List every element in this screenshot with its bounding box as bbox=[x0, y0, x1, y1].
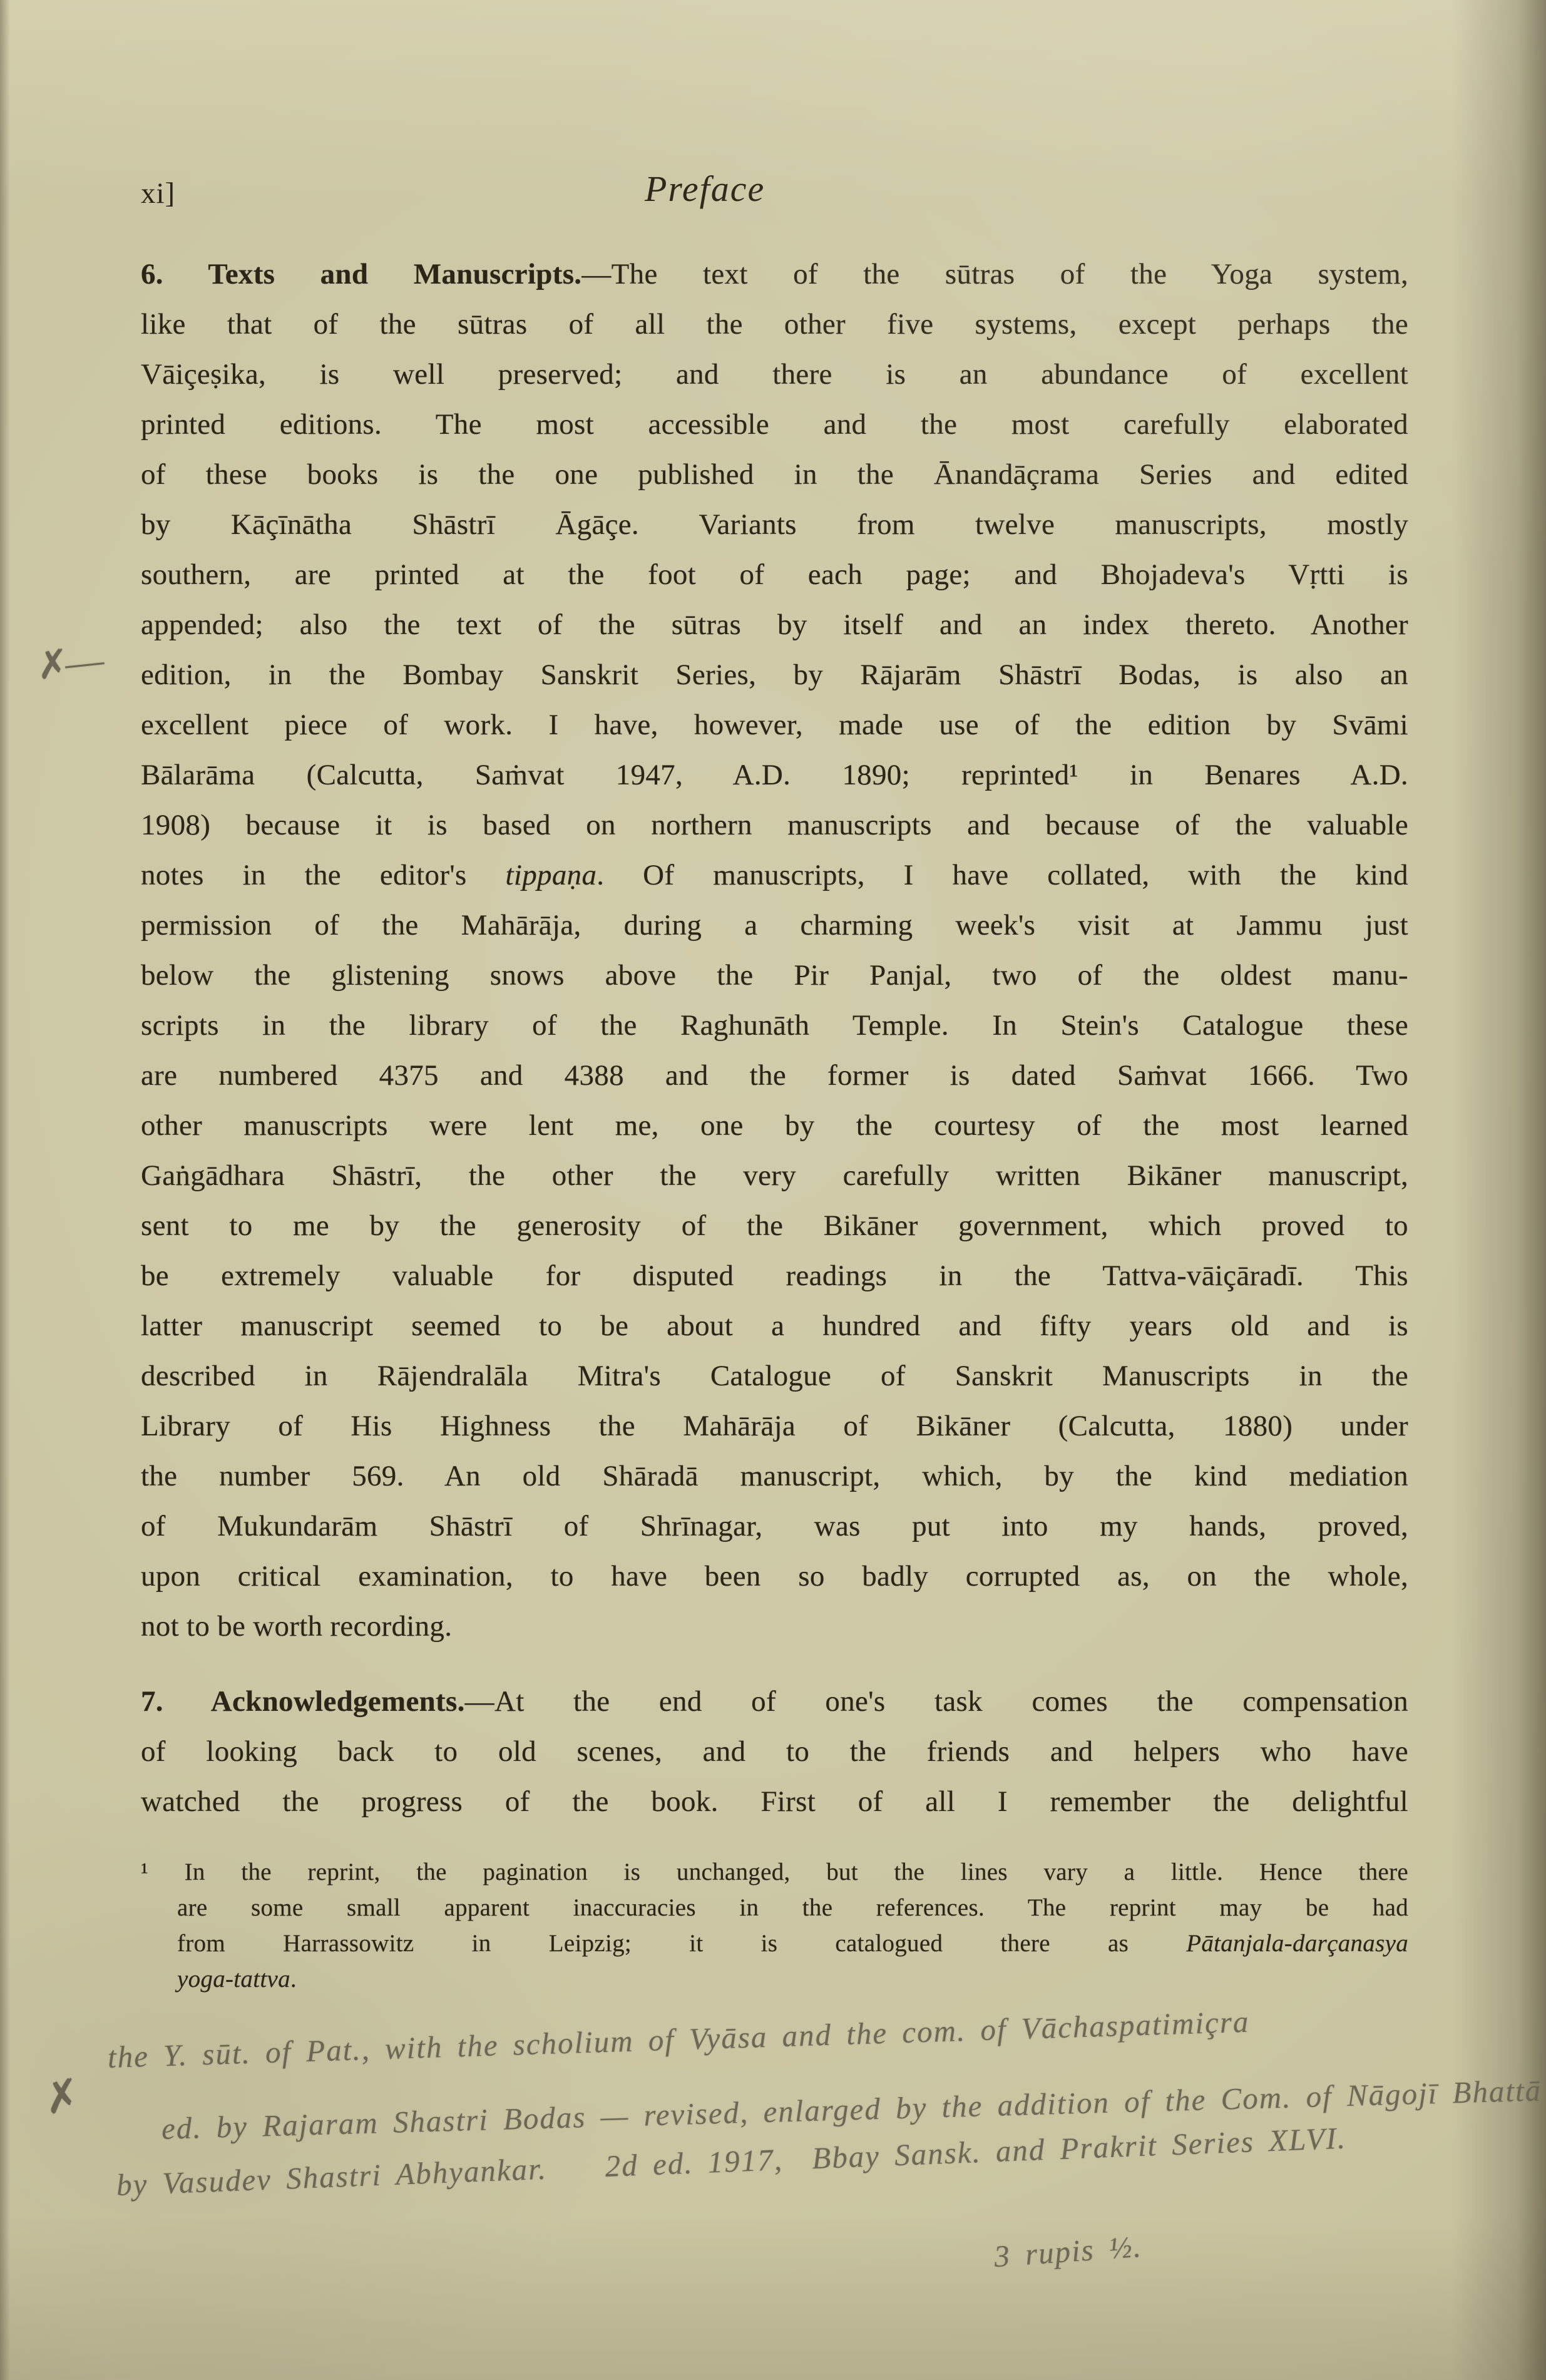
text-line: 6. Texts and Manuscripts.—The text of th… bbox=[141, 249, 1408, 299]
section-6-texts-and-manuscripts: 6. Texts and Manuscripts.—The text of th… bbox=[141, 249, 1408, 1651]
handwritten-annotation-line-4: 3 rupis ½. bbox=[993, 2229, 1143, 2274]
text-line: excellent piece of work. I have, however… bbox=[141, 700, 1408, 750]
text-line: Vāiçeṣika, is well preserved; and there … bbox=[141, 349, 1408, 399]
handwritten-annotation-line-1: the Y. sūt. of Pat., with the scholium o… bbox=[107, 2004, 1250, 2075]
text-line: watched the progress of the book. First … bbox=[141, 1777, 1408, 1827]
text-line: latter manuscript seemed to be about a h… bbox=[141, 1301, 1408, 1351]
text-line: like that of the sūtras of all the other… bbox=[141, 299, 1408, 349]
text-line: Bālarāma (Calcutta, Saṁvat 1947, A.D. 18… bbox=[141, 750, 1408, 800]
text-line: Gaṅgādhara Shāstrī, the other the very c… bbox=[141, 1151, 1408, 1201]
page-title: Preface bbox=[645, 168, 765, 210]
text-line: of Mukundarām Shāstrī of Shrīnagar, was … bbox=[141, 1501, 1408, 1551]
text-line: other manuscripts were lent me, one by t… bbox=[141, 1100, 1408, 1151]
text-line: of looking back to old scenes, and to th… bbox=[141, 1726, 1408, 1777]
section-7-acknowledgements: 7. Acknowledgements.—At the end of one's… bbox=[141, 1676, 1408, 1827]
text-line: 7. Acknowledgements.—At the end of one's… bbox=[141, 1676, 1408, 1726]
text-line: Library of His Highness the Mahārāja of … bbox=[141, 1401, 1408, 1451]
text-line: described in Rājendralāla Mitra's Catalo… bbox=[141, 1351, 1408, 1401]
text-line: not to be worth recording. bbox=[141, 1601, 1408, 1651]
footnote: ¹ In the reprint, the pagination is unch… bbox=[141, 1854, 1408, 1997]
text-line: upon critical examination, to have been … bbox=[141, 1551, 1408, 1601]
text-line: be extremely valuable for disputed readi… bbox=[141, 1251, 1408, 1301]
text-line: edition, in the Bombay Sanskrit Series, … bbox=[141, 650, 1408, 700]
text-line: below the glistening snows above the Pir… bbox=[141, 950, 1408, 1000]
folio-number: xi] bbox=[141, 177, 175, 210]
footnote-line: from Harrassowitz in Leipzig; it is cata… bbox=[141, 1926, 1408, 1961]
text-line: by Kāçīnātha Shāstrī Āgāçe. Variants fro… bbox=[141, 500, 1408, 550]
text-line: appended; also the text of the sūtras by… bbox=[141, 600, 1408, 650]
text-line: notes in the editor's tippaṇa. Of manusc… bbox=[141, 850, 1408, 900]
footnote-line: yoga-tattva. bbox=[141, 1961, 1408, 1997]
text-line: scripts in the library of the Raghunāth … bbox=[141, 1000, 1408, 1050]
text-line: printed editions. The most accessible an… bbox=[141, 399, 1408, 449]
text-line: the number 569. An old Shāradā manuscrip… bbox=[141, 1451, 1408, 1501]
text-line: sent to me by the generosity of the Bikā… bbox=[141, 1201, 1408, 1251]
handwritten-check-x-icon: ✗ bbox=[39, 2068, 86, 2125]
text-line: 1908) because it is based on northern ma… bbox=[141, 800, 1408, 850]
text-line: permission of the Mahārāja, during a cha… bbox=[141, 900, 1408, 950]
text-line: southern, are printed at the foot of eac… bbox=[141, 550, 1408, 600]
footnote-line: are some small apparent inaccuracies in … bbox=[141, 1890, 1408, 1926]
footnote-line: ¹ In the reprint, the pagination is unch… bbox=[141, 1854, 1408, 1890]
text-line: are numbered 4375 and 4388 and the forme… bbox=[141, 1050, 1408, 1100]
scanned-book-page: xi] Preface 6. Texts and Manuscripts.—Th… bbox=[0, 0, 1546, 2380]
margin-pencil-x-mark: ✗— bbox=[34, 637, 102, 689]
text-line: of these books is the one published in t… bbox=[141, 449, 1408, 500]
